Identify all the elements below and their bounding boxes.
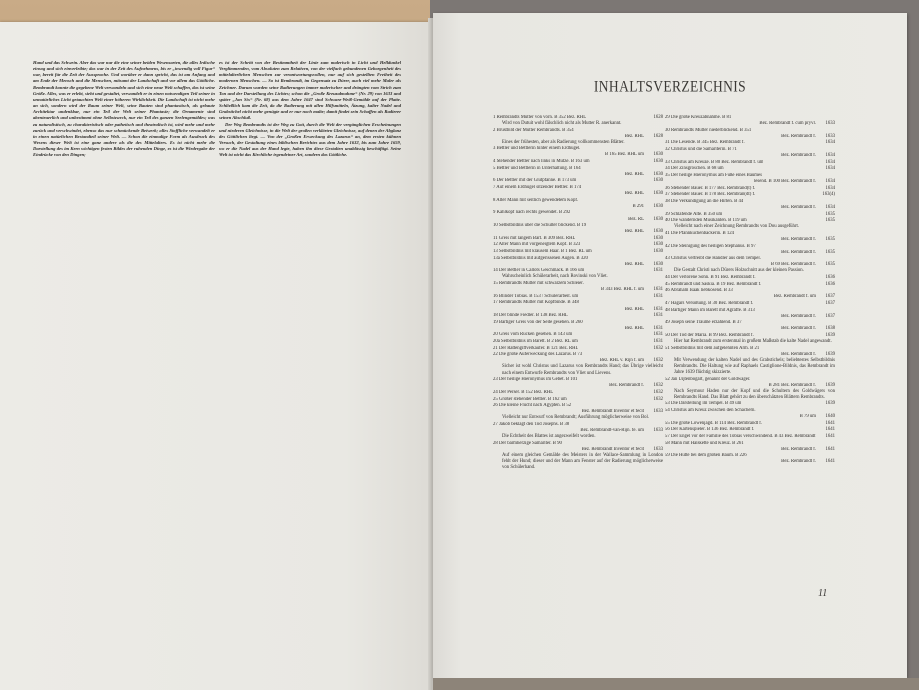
toc-entry: 52 Jan Uijtenbogart, genannt der Goldwäg… — [665, 377, 835, 401]
toc-entry-text: 9 Kahlkopf nach rechts gewendet. B 292 — [493, 210, 570, 216]
toc-entry-text: 13a Selbstbildnis mit aufgerissenen Auge… — [493, 256, 588, 262]
toc-entry: 19 Bärtiger Greis von der Seite gesehen.… — [493, 320, 663, 332]
toc-entry: 13a Selbstbildnis mit aufgerissenen Auge… — [493, 256, 663, 268]
toc-entry: 31 Die Lesende. B 345 Bez. Rembrandt f.1… — [665, 140, 835, 146]
toc-entry: 48 Bärtiger Mann im Barett mit Agraffe. … — [665, 308, 835, 320]
toc-entry-text: Bez. RHL — [625, 262, 644, 268]
toc-entry-year: 1639 — [816, 401, 835, 407]
toc-entry-line: 4 Stehender Bettler nach links in Mütze.… — [493, 159, 663, 165]
toc-entry-note: Vielleicht nur Entwurf von Rembrandt; Au… — [493, 415, 663, 421]
toc-entry-text: Bez. Rembrandt f. — [781, 352, 816, 358]
toc-entry-line: 11 Greis mit langem Bart. B 309 Bez. RHL… — [493, 236, 663, 242]
toc-entry-text: 4 Stehender Bettler nach links in Mütze.… — [493, 159, 590, 165]
toc-entry-year: 1633 — [644, 428, 663, 434]
toc-entry: 25 Großer stehender Bettler. B 162 um163… — [493, 397, 663, 403]
toc-entry: 46 Abraham Isaak liebkosend. B 33Bez. Re… — [665, 288, 835, 300]
toc-column-right: 29 Die große Kreuzabnahme. B 81Bez. Remb… — [665, 115, 835, 466]
toc-entry: 49 Joseph seine Träume erzählend. B 37Be… — [665, 320, 835, 332]
toc-entry-line: Bez. Rembrandt f.1637 — [665, 314, 835, 320]
toc-entry-year: 1630 — [644, 152, 663, 158]
toc-entry-line: 6 Der Bettler mit der Glutpfanne. B 173 … — [493, 178, 663, 184]
toc-entry-year: 1630 — [644, 249, 663, 255]
toc-entry-year: 1635 — [816, 212, 835, 218]
toc-entry: 1 Rembrandts Mutter von vorn. B 352 Bez.… — [493, 115, 663, 127]
toc-entry-year: 1634 — [816, 205, 835, 211]
toc-entry-year: 1635 — [816, 250, 835, 256]
toc-entry-line: Bez. Rembrandt f.1635 — [665, 250, 835, 256]
toc-entry-line: 12 Alter Mann mit vorgeneigtem Kopf. B 3… — [493, 242, 663, 248]
toc-entry-text: 59 Die Hütte bei dem großen Baum. B 226 — [665, 453, 747, 459]
toc-entry-year: 1631 — [644, 313, 663, 319]
toc-entry: 57 Der Engel vor der Familie des Tobias … — [665, 434, 835, 440]
toc-entry-text: 12 Alter Mann mit vorgeneigtem Kopf. B 3… — [493, 242, 580, 248]
toc-entry-text: 38 Die Verkündigung an die Hirten. B 44 — [665, 199, 743, 205]
toc-entry-year: 1628 — [644, 134, 663, 140]
toc-entry: 12 Alter Mann mit vorgeneigtem Kopf. B 3… — [493, 242, 663, 248]
toc-entry-year: 1637 — [816, 294, 835, 300]
toc-entry-text: Bez. Rembrandt f. — [781, 447, 816, 453]
toc-entry-text: 20 Greis vom Rücken gesehen. B 143 um — [493, 332, 572, 338]
toc-entry-text: Bez. Rembrandt f. cum pryvl. — [759, 121, 816, 127]
toc-entry: 58 Mann mit Halskette und Kreuz. B 261Be… — [665, 441, 835, 453]
toc-entry-line: 31 Die Lesende. B 345 Bez. Rembrandt f.1… — [665, 140, 835, 146]
toc-entry-text: Bez. Rembrandt f. um — [774, 294, 816, 300]
toc-entry-year: 1638 — [816, 326, 835, 332]
toc-entry-line: B 343 Bez. RHL f. um1631 — [493, 287, 663, 293]
toc-entry-text: Bez. RHL — [625, 172, 644, 178]
toc-entry: 23 Der heilige Hieronymus im Gebet. B 10… — [493, 377, 663, 389]
toc-entry: 54 Christus am Kreuz zwischen den Schäch… — [665, 408, 835, 420]
toc-entry-text: 33 Christus am Kreuze. B 80 Bez. Rembran… — [665, 160, 763, 166]
toc-entry-note: Die Gestalt Christi nach Dürers Holzschn… — [665, 268, 835, 274]
toc-entry-text: Bez. Rembrandt f. — [781, 205, 816, 211]
toc-entry-text: B 343 Bez. RHL f. um — [601, 287, 644, 293]
toc-entry-year: 1634 — [816, 179, 835, 185]
toc-entry-year: 1631 — [644, 294, 663, 300]
toc-entry-note: Nach Seymour Haden nur der Kopf und die … — [665, 389, 835, 401]
toc-entry-text: 43 Christus vertreibt die Händler aus de… — [665, 256, 761, 262]
toc-entry: 2 Brustbild der Mutter Rembrandts. B 354… — [493, 128, 663, 146]
toc-entry-text: 31 Die Lesende. B 345 Bez. Rembrandt f. — [665, 140, 745, 146]
toc-entry-text: 35 Der heilige Hieronymus am Fuße eines … — [665, 173, 762, 179]
toc-entry-note: Mit Verwendung der kalten Nadel und des … — [665, 358, 835, 376]
toc-entry-text: 39 Schlafende Alte. B 350 um — [665, 212, 722, 218]
toc-entry-text: 34 Der Zinsgroschen. B 68 um — [665, 166, 724, 172]
toc-entry: 37 Stehender Bauer. B 178 Bez. Rembran(d… — [665, 192, 835, 198]
left-page-column-2: es ist der Schritt von der Bestimmtheit … — [219, 60, 401, 159]
toc-entry-text: 53 Die Darstellung im Tempel. B 49 um — [665, 401, 741, 407]
toc-entry: 29 Die große Kreuzabnahme. B 81Bez. Remb… — [665, 115, 835, 127]
toc-entry-year: 1632 — [644, 383, 663, 389]
toc-entry-text: 2 Brustbild der Mutter Rembrandts. B 354 — [493, 128, 574, 134]
toc-entry-line: Bez. Rembrandt f. cum pryvl.1633 — [665, 121, 835, 127]
toc-entry: 43 Christus vertreibt die Händler aus de… — [665, 256, 835, 274]
toc-entry-text: Bez. Rembrandt f. — [781, 153, 816, 159]
toc-entry: 17 Rembrandts Mutter mit Kopfbinde. B 34… — [493, 300, 663, 312]
toc-entry-line: 20 Greis vom Rücken gesehen. B 143 um163… — [493, 332, 663, 338]
prose-paragraph: es ist der Schritt von der Bestimmtheit … — [219, 60, 401, 122]
toc-entry-year: 1633 — [816, 121, 835, 127]
toc-entry-text: 36 Stehender Bauer. B 177 Bez. Rembrand(… — [665, 186, 755, 192]
toc-entry: 45 Rembrandt und Saskia. B 19 Bez. Rembr… — [665, 282, 835, 288]
toc-entry-text: 8 Alter Mann mit seitlich gewendetem Kop… — [493, 198, 578, 204]
toc-entry-text: B 79 um — [800, 414, 816, 420]
toc-entry: 14 Der Bettler in Callots Geschmack. B 1… — [493, 268, 663, 280]
toc-entry-text: Bez. Rembrandt f. — [781, 250, 816, 256]
toc-entry-line: Bez. Rembrandt f.1641 — [665, 447, 835, 453]
toc-entry-note: Die Echtheit des Blattes ist angezweifel… — [493, 434, 663, 440]
toc-entry-line: 33 Christus am Kreuze. B 80 Bez. Rembran… — [665, 160, 835, 166]
toc-entry-year: 1631 — [644, 307, 663, 313]
toc-entry-text: 17 Rembrandts Mutter mit Kopfbinde. B 34… — [493, 300, 579, 306]
toc-entry: 56 Der Kartenspieler. B 136 Bez. Rembran… — [665, 427, 835, 433]
toc-entry-year: 1630 — [644, 217, 663, 223]
toc-entry-line: 39 Schlafende Alte. B 350 um1635 — [665, 212, 835, 218]
toc-entry-year: 1634 — [816, 160, 835, 166]
toc-entry-year: 163(4) — [816, 192, 835, 198]
toc-entry: 15 Rembrandts Mutter mit schwarzem Schle… — [493, 281, 663, 293]
toc-entry-text: lesend. B 100 Bez. Rembrandt f. — [754, 179, 816, 185]
toc-entry-year: 1631 — [644, 326, 663, 332]
toc-entry-text: 6 Der Bettler mit der Glutpfanne. B 173 … — [493, 178, 576, 184]
toc-entry: 44 Der verlorene Sohn. B 91 Bez. Rembran… — [665, 275, 835, 281]
toc-title: INHALTSVERZEICHNIS — [433, 78, 907, 96]
toc-entry-note: Hier hat Rembrandt zum erstenmal in groß… — [665, 339, 835, 345]
toc-entry-year: 1632 — [644, 397, 663, 403]
toc-entry-line: Bez. RHL1630 — [493, 191, 663, 197]
toc-entry-year: 1631 — [644, 339, 663, 345]
toc-entry-year: 1634 — [816, 186, 835, 192]
toc-entry-text: 11 Greis mit langem Bart. B 309 Bez. RHL — [493, 236, 575, 242]
toc-entry-year: 1630 — [644, 172, 663, 178]
toc-entry: 55 Die große Löwenjagd. B 114 Bez. Rembr… — [665, 421, 835, 427]
toc-entry-text: Bez. RHL — [625, 326, 644, 332]
toc-entry-text: 23 Der heilige Hieronymus im Gebet. B 10… — [493, 377, 577, 383]
toc-entry-text: 30 Rembrandts Mutter niederblickend. B 3… — [665, 128, 751, 134]
toc-entry-year: 1641 — [816, 447, 835, 453]
toc-entry-year: 1635 — [816, 237, 835, 243]
toc-entry-line: Bez. RHL1630 — [493, 262, 663, 268]
toc-entry: 41 Die Pfannkuchenbäckerin. B 124Bez. Re… — [665, 231, 835, 243]
toc-entry-text: B 165 Bez. RHL um — [605, 152, 644, 158]
toc-entry-year: 1634 — [816, 166, 835, 172]
toc-entry: 8 Alter Mann mit seitlich gewendetem Kop… — [493, 198, 663, 210]
toc-entry-line: Bez. RHL1631 — [493, 326, 663, 332]
toc-entry-year: 1640 — [816, 414, 835, 420]
toc-entry-text: Bez. Rembrandt f. — [781, 237, 816, 243]
toc-entry-text: 48 Bärtiger Mann im Barett mit Agraffe. … — [665, 308, 755, 314]
toc-entry-line: Bez. Rembrandt f. um1637 — [665, 294, 835, 300]
toc-entry-line: Bez. Rembrandt f.1632 — [493, 383, 663, 389]
toc-entry-text: 20a Selbstbildnis im Barett. B 2 Bez. RL… — [493, 339, 578, 345]
toc-entry-text: 28 Der barmherzige Samariter. B 90 — [493, 441, 562, 447]
toc-entry-line: 56 Der Kartenspieler. B 136 Bez. Rembran… — [665, 427, 835, 433]
toc-entry-note: Vielleicht nach einer Zeichnung Rembrand… — [665, 224, 835, 230]
toc-entry-text: 5 Bettler und Bettlerin in Unterhaltung.… — [493, 166, 581, 172]
toc-entry-text: 52 Jan Uijtenbogart, genannt der Goldwäg… — [665, 377, 750, 383]
toc-entry-year: 1630 — [644, 178, 663, 184]
toc-entry-year: 1632 — [644, 390, 663, 396]
toc-entry-text: 25 Großer stehender Bettler. B 162 um — [493, 397, 567, 403]
toc-entry-year: 1630 — [644, 236, 663, 242]
toc-entry-text: Bez. Rembrandt f. — [781, 326, 816, 332]
toc-entry-text: B 291 — [633, 204, 644, 210]
toc-entry-line: Bez. Rembrandt f.1634 — [665, 153, 835, 159]
toc-entry-year: 1630 — [644, 191, 663, 197]
toc-entry: 22 Die große Auferweckung des Lazarus. B… — [493, 352, 663, 376]
toc-entry: 4 Stehender Bettler nach links in Mütze.… — [493, 159, 663, 165]
toc-entry-text: 44 Der verlorene Sohn. B 91 Bez. Rembran… — [665, 275, 756, 281]
toc-entry-year: 1630 — [644, 262, 663, 268]
toc-entry-text: 55 Die große Löwenjagd. B 114 Bez. Rembr… — [665, 421, 762, 427]
toc-entry-year: 1639 — [816, 383, 835, 389]
toc-entry-year: 1633 — [816, 134, 835, 140]
toc-entry-text: 54 Christus am Kreuz zwischen den Schäch… — [665, 408, 756, 414]
toc-entry: 7 Auf einem Erdhügel sitzender Bettler. … — [493, 185, 663, 197]
toc-entry-line: Bez. RHL1631 — [493, 307, 663, 313]
toc-entry-line: B 165 Bez. RHL um1630 — [493, 152, 663, 158]
toc-entry-text: Bez. Rembrandt f. — [781, 459, 816, 465]
toc-entry-year: 1634 — [816, 153, 835, 159]
toc-entry-year: 1633 — [644, 447, 663, 453]
toc-entry: 47 Hagars Versoßung. B 30 Bez. Rembrandt… — [665, 301, 835, 307]
toc-entry-year: 1636 — [816, 282, 835, 288]
toc-entry-text: 3 Bettler und Bettlerin hinter einem Erd… — [493, 146, 580, 152]
toc-entry: 33 Christus am Kreuze. B 80 Bez. Rembran… — [665, 160, 835, 166]
toc-entry-text: 49 Joseph seine Träume erzählend. B 37 — [665, 320, 742, 326]
toc-entry-line: 20a Selbstbildnis im Barett. B 2 Bez. RL… — [493, 339, 663, 345]
toc-entry: 6 Der Bettler mit der Glutpfanne. B 173 … — [493, 178, 663, 184]
toc-entry-text: Bez. RHL — [625, 134, 644, 140]
toc-entry-text: 45 Rembrandt und Saskia. B 19 Bez. Rembr… — [665, 282, 761, 288]
toc-entry-text: Bez. RHL — [625, 229, 644, 235]
toc-entry-line: Bez. Rembrandt f.1633 — [665, 134, 835, 140]
toc-entry: 35 Der heilige Hieronymus am Fuße eines … — [665, 173, 835, 185]
toc-entry-text: 58 Mann mit Halskette und Kreuz. B 261 — [665, 441, 744, 447]
toc-entry: 59 Die Hütte bei dem großen Baum. B 226B… — [665, 453, 835, 465]
toc-entry-line: Bez. Rembrandt f.1634 — [665, 205, 835, 211]
toc-entry-line: 36 Stehender Bauer. B 177 Bez. Rembrand(… — [665, 186, 835, 192]
toc-entry: 11 Greis mit langem Bart. B 309 Bez. RHL… — [493, 236, 663, 242]
toc-entry-year: 1634 — [816, 140, 835, 146]
toc-entry: 34 Der Zinsgroschen. B 68 um1634 — [665, 166, 835, 172]
toc-entry-note: Wahrscheinlich Schülerarbeit, nach Rovin… — [493, 274, 663, 280]
toc-entry: 40 Die wandernden Musikanten. B 119 um16… — [665, 218, 835, 230]
toc-entry-note: Eines der frühesten, aber als Radierung … — [493, 140, 663, 146]
toc-entry-year: 1639 — [816, 352, 835, 358]
toc-entry-year: 1636 — [816, 275, 835, 281]
toc-entry-text: 10 Selbstbildnis über die Schulter blick… — [493, 223, 586, 229]
cover-edge — [433, 678, 919, 690]
toc-entry-text: Bez. RHL — [625, 191, 644, 197]
toc-entry: 10 Selbstbildnis über die Schulter blick… — [493, 223, 663, 235]
toc-entry: 39 Schlafende Alte. B 350 um1635 — [665, 212, 835, 218]
toc-entry: 21 Der Rattengiftverkäufer. B 121 Bez. R… — [493, 346, 663, 352]
toc-entry-year: 1631 — [644, 287, 663, 293]
toc-entry: 28 Der barmherzige Samariter. B 90Bez. R… — [493, 441, 663, 471]
toc-entry-note: Auf einem gleichen Gemälde des Meisters … — [493, 453, 663, 471]
toc-entry-line: 18 Der blinde Fiedler. B 138 Bez. RHL163… — [493, 313, 663, 319]
toc-column-left: 1 Rembrandts Mutter von vorn. B 352 Bez.… — [493, 115, 663, 471]
toc-entry-year: 1641 — [816, 427, 835, 433]
toc-entry-text: 24 Der Perser. B 152 Bez. RHL — [493, 390, 553, 396]
toc-entry: 24 Der Perser. B 152 Bez. RHL1632 — [493, 390, 663, 396]
toc-entry-year: 1630 — [644, 229, 663, 235]
toc-entry: 5 Bettler und Bettlerin in Unterhaltung.… — [493, 166, 663, 178]
toc-entry-text: 57 Der Engel vor der Familie des Tobias … — [665, 434, 816, 440]
toc-entry-year: 1637 — [816, 314, 835, 320]
toc-entry-text: 46 Abraham Isaak liebkosend. B 33 — [665, 288, 733, 294]
toc-entry-note: Sicher ist wohl Christus und Lazarus von… — [493, 364, 663, 376]
toc-entry-line: 24 Der Perser. B 152 Bez. RHL1632 — [493, 390, 663, 396]
left-page-column-1: Hand und das Schwein. Aber das war nur d… — [33, 60, 215, 159]
toc-entry-line: Bez. Rembrandt f.1635 — [665, 237, 835, 243]
toc-entry-text: B 281 Bez. Rembrandt f. — [769, 383, 817, 389]
toc-entry-text: 42 Die Steinigung des heiligen Stephanus… — [665, 244, 756, 250]
toc-entry-line: Bez. RHL1630 — [493, 172, 663, 178]
toc-entry-text: 22 Die große Auferweckung des Lazarus. B… — [493, 352, 582, 358]
toc-entry-year: 1630 — [644, 204, 663, 210]
toc-entry-text: 29 Die große Kreuzabnahme. B 81 — [665, 115, 731, 121]
toc-entry: 26 Die kleine Flucht nach Ägypten. B 52B… — [493, 403, 663, 421]
toc-entry: 38 Die Verkündigung an die Hirten. B 44B… — [665, 199, 835, 211]
toc-entry-line: 37 Stehender Bauer. B 178 Bez. Rembran(d… — [665, 192, 835, 198]
toc-entry: 36 Stehender Bauer. B 177 Bez. Rembrand(… — [665, 186, 835, 192]
toc-entry-line: B 79 um1640 — [665, 414, 835, 420]
toc-entry: 13 Selbstbildnis mit krausem Haar. B 1 B… — [493, 249, 663, 255]
toc-entry: 50 Der Tod der Maria. B 99 Bez. Rembrand… — [665, 333, 835, 345]
toc-entry-year: 1631 — [644, 332, 663, 338]
toc-entry: 20 Greis vom Rücken gesehen. B 143 um163… — [493, 332, 663, 338]
toc-entry-line: 45 Rembrandt und Saskia. B 19 Bez. Rembr… — [665, 282, 835, 288]
toc-entry: 53 Die Darstellung im Tempel. B 49 um163… — [665, 401, 835, 407]
toc-entry: 32 Christus und die Samariterin. B 71Bez… — [665, 147, 835, 159]
toc-entry-text: Bez. Rembrandt f. — [781, 134, 816, 140]
toc-entry-line: 25 Großer stehender Bettler. B 162 um163… — [493, 397, 663, 403]
toc-entry-year: 1632 — [644, 346, 663, 352]
toc-entry-year: 1631 — [644, 268, 663, 274]
toc-entry-line: 53 Die Darstellung im Tempel. B 49 um163… — [665, 401, 835, 407]
toc-entry-line: Bez. RL1630 — [493, 217, 663, 223]
toc-entry-text: 32 Christus und die Samariterin. B 71 — [665, 147, 737, 153]
toc-entry-text: 47 Hagars Versoßung. B 30 Bez. Rembrandt… — [665, 301, 753, 307]
toc-entry-year: 1637 — [816, 301, 835, 307]
toc-entry: 42 Die Steinigung des heiligen Stephanus… — [665, 244, 835, 256]
toc-entry-line: Bez. RHL1630 — [493, 229, 663, 235]
toc-entry: 9 Kahlkopf nach rechts gewendet. B 292Be… — [493, 210, 663, 222]
toc-entry-text: 26 Die kleine Flucht nach Ägypten. B 52 — [493, 403, 571, 409]
toc-entry-text: 51 Selbstbildnis mit dem aufgelehnten Ar… — [665, 346, 759, 352]
toc-entry-line: Bez. Rembrandt f.1638 — [665, 326, 835, 332]
toc-entry-line: B 2911630 — [493, 204, 663, 210]
toc-entry: 3 Bettler und Bettlerin hinter einem Erd… — [493, 146, 663, 158]
toc-entry-text: 41 Die Pfannkuchenbäckerin. B 124 — [665, 231, 734, 237]
toc-entry-text: Bez. Rembrandt f. — [609, 383, 644, 389]
toc-entry-text: 16 Blinder Tobias. B 153 / Schülerarbeit… — [493, 294, 578, 300]
toc-entry-line: 21 Der Rattengiftverkäufer. B 121 Bez. R… — [493, 346, 663, 352]
toc-entry-line: 13 Selbstbildnis mit krausem Haar. B 1 B… — [493, 249, 663, 255]
toc-entry-text: 18 Der blinde Fiedler. B 138 Bez. RHL — [493, 313, 568, 319]
toc-entry-year: 1641 — [816, 421, 835, 427]
toc-entry-line: Bez. Rembrandt f.1641 — [665, 459, 835, 465]
toc-entry: 30 Rembrandts Mutter niederblickend. B 3… — [665, 128, 835, 140]
toc-entry-year: 1641 — [816, 459, 835, 465]
toc-entry: 16 Blinder Tobias. B 153 / Schülerarbeit… — [493, 294, 663, 300]
prose-paragraph: Der Weg Rembrandts ist der Weg zu Gott, … — [219, 122, 401, 159]
toc-entry-year: 1628 — [644, 115, 663, 121]
toc-entry-text: 13 Selbstbildnis mit krausem Haar. B 1 B… — [493, 249, 592, 255]
toc-entry-year: 1630 — [644, 242, 663, 248]
toc-entry-text: 27 Jakob beklagt den Tod Josephs. B 38 — [493, 422, 569, 428]
toc-entry-year: 1630 — [644, 159, 663, 165]
toc-entry-line: 44 Der verlorene Sohn. B 91 Bez. Rembran… — [665, 275, 835, 281]
toc-entry: 27 Jakob beklagt den Tod Josephs. B 38Be… — [493, 422, 663, 440]
toc-entry-year: 1635 — [816, 218, 835, 224]
toc-entry-text: 15 Rembrandts Mutter mit schwarzem Schle… — [493, 281, 584, 287]
toc-entry-year: 1641 — [816, 434, 835, 440]
toc-entry-year: 1635 — [816, 262, 835, 268]
toc-entry: 20a Selbstbildnis im Barett. B 2 Bez. RL… — [493, 339, 663, 345]
toc-entry-text: 21 Der Rattengiftverkäufer. B 121 Bez. R… — [493, 346, 578, 352]
toc-entry-text: Bez. Rembrandt Inventor et fecit — [582, 447, 644, 453]
toc-entry-line: 16 Blinder Tobias. B 153 / Schülerarbeit… — [493, 294, 663, 300]
toc-entry-line: 55 Die große Löwenjagd. B 114 Bez. Rembr… — [665, 421, 835, 427]
toc-entry-text: Bez. RHL — [625, 307, 644, 313]
page-number: 11 — [818, 588, 827, 599]
toc-entry-note: Wird von Dutuit wohl fälschlich nicht al… — [493, 121, 663, 127]
toc-entry: 51 Selbstbildnis mit dem aufgelehnten Ar… — [665, 346, 835, 376]
toc-entry-text: Bez. RL — [628, 217, 644, 223]
toc-entry-line: lesend. B 100 Bez. Rembrandt f.1634 — [665, 179, 835, 185]
toc-entry-text: 19 Bärtiger Greis von der Seite gesehen.… — [493, 320, 583, 326]
toc-entry: 18 Der blinde Fiedler. B 138 Bez. RHL163… — [493, 313, 663, 319]
toc-entry-text: 7 Auf einem Erdhügel sitzender Bettler. … — [493, 185, 581, 191]
toc-entry-line: 47 Hagars Versoßung. B 30 Bez. Rembrandt… — [665, 301, 835, 307]
toc-entry-line: 57 Der Engel vor der Familie des Tobias … — [665, 434, 835, 440]
toc-entry-text: Bez. Rembrandt f. — [781, 314, 816, 320]
toc-entry-text: 56 Der Kartenspieler. B 136 Bez. Rembran… — [665, 427, 754, 433]
prose-paragraph: Hand und das Schwein. Aber das war nur d… — [33, 60, 215, 159]
toc-entry-text: 37 Stehender Bauer. B 178 Bez. Rembran(d… — [665, 192, 755, 198]
toc-entry-line: 34 Der Zinsgroschen. B 68 um1634 — [665, 166, 835, 172]
